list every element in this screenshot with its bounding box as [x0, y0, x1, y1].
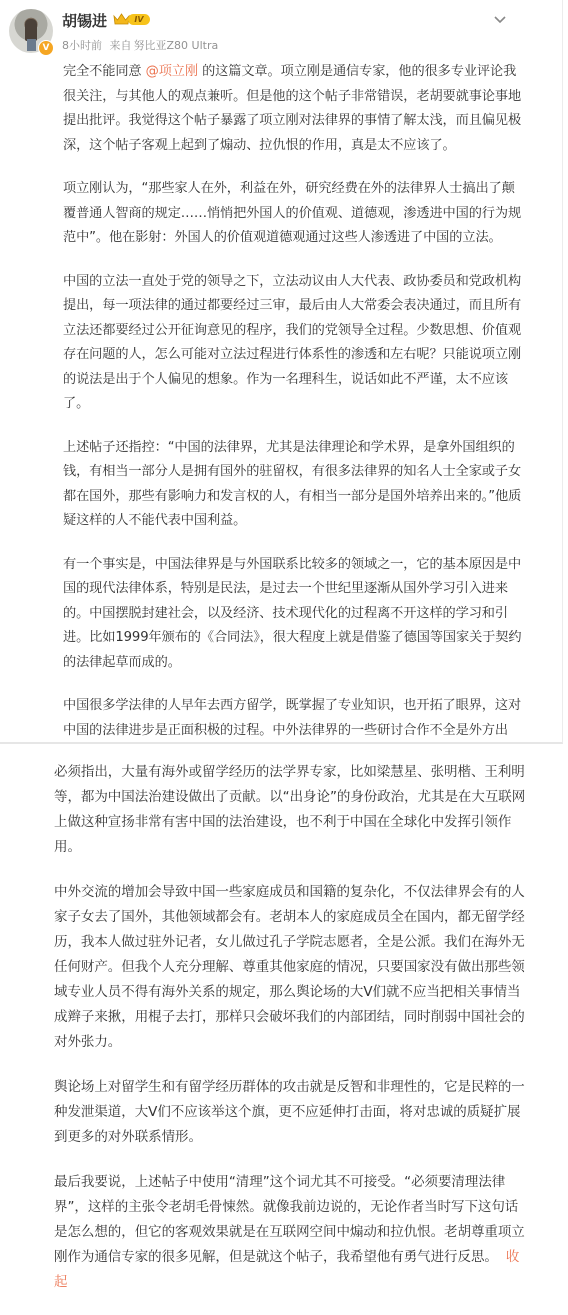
post-meta: 8小时前 来自努比亚Z80 Ultra — [62, 37, 222, 53]
post-card-top: V 胡锡进 IV 8小时前 来自努比亚Z80 Ultra 完全不能同意 @项立刚… — [0, 0, 563, 744]
source-prefix: 来自 — [110, 39, 132, 52]
post-card-continued: 必须指出，大量有海外或留学经历的法学界专家，比如梁慧星、张明楷、王利明等，都为中… — [0, 746, 568, 1200]
paragraph-10-text: 最后我要说，上述帖子中使用“清理”这个词尤其不可接受。“必须要清理法律界”，这样… — [54, 1174, 525, 1200]
mention-link[interactable]: @项立刚 — [146, 64, 198, 79]
post-body: 完全不能同意 @项立刚 的这篇文章。项立刚是通信专家，他的很多专业评论我很关注，… — [63, 60, 525, 860]
avatar-figure — [25, 19, 37, 41]
paragraph-1-start: 完全不能同意 — [63, 64, 146, 79]
avatar-figure-legs — [27, 39, 36, 51]
source-device: 努比亚Z80 Ultra — [134, 39, 219, 52]
paragraph-2: 项立刚认为，“那些家人在外，利益在外，研究经费在外的法律界人士搞出了颠覆普通人智… — [63, 177, 525, 251]
paragraph-5: 有一个事实是，中国法律界是与外国联系比较多的领域之一，它的基本原因是中国的现代法… — [63, 553, 525, 676]
paragraph-9: 舆论场上对留学生和有留学经历群体的攻击就是反智和非理性的，它是民粹的一种发泄渠道… — [54, 1075, 526, 1150]
chevron-down-icon[interactable] — [492, 12, 508, 26]
paragraph-4: 上述帖子还指控：“中国的法律界，尤其是法律理论和学术界，是拿外国组织的钱，有相当… — [63, 436, 525, 534]
paragraph-1: 完全不能同意 @项立刚 的这篇文章。项立刚是通信专家，他的很多专业评论我很关注，… — [63, 60, 525, 158]
post-body-continued: 必须指出，大量有海外或留学经历的法学界专家，比如梁慧星、张明楷、王利明等，都为中… — [54, 760, 526, 1200]
paragraph-10: 最后我要说，上述帖子中使用“清理”这个词尤其不可接受。“必须要清理法律界”，这样… — [54, 1170, 526, 1200]
author-name[interactable]: 胡锡进 — [62, 10, 107, 31]
verified-badge-icon: V — [38, 40, 54, 56]
paragraph-8: 中外交流的增加会导致中国一些家庭成员和国籍的复杂化，不仅法律界会有的人家子女去了… — [54, 880, 526, 1055]
level-badge: IV — [128, 14, 150, 25]
post-header: V 胡锡进 IV 8小时前 来自努比亚Z80 Ultra — [0, 0, 563, 56]
paragraph-7: 必须指出，大量有海外或留学经历的法学界专家，比如梁慧星、张明楷、王利明等，都为中… — [54, 760, 526, 860]
post-time: 8小时前 — [62, 39, 102, 52]
paragraph-3: 中国的立法一直处于党的领导之下，立法动议由人大代表、政协委员和党政机构提出，每一… — [63, 270, 525, 417]
